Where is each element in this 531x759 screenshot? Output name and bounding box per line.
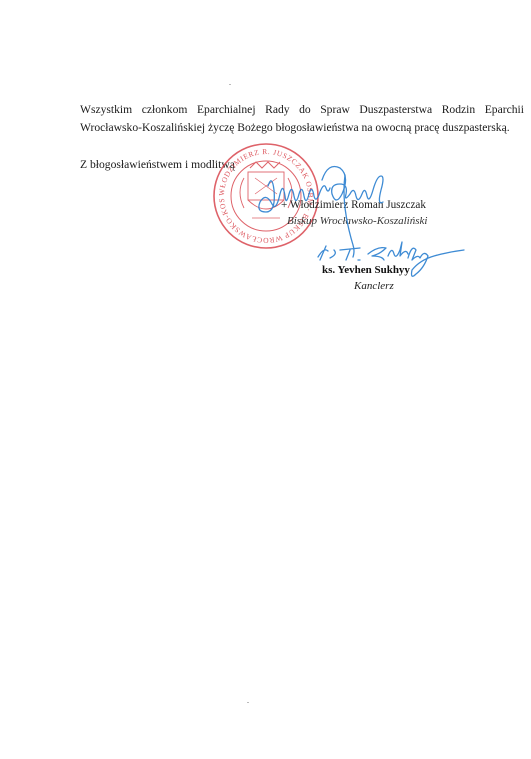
signatory-2-title: Kanclerz [354, 280, 394, 292]
document-page: Wszystkim członkom Eparchialnej Rady do … [0, 0, 531, 759]
signatory-1-name: + Włodzimierz Roman Juszczak [281, 199, 426, 211]
closing-greeting: Z błogosławieństwem i modlitwą [80, 158, 235, 171]
scan-artifact [247, 702, 249, 703]
body-line: Wszystkim członkom Eparchialnej Rady do … [80, 101, 524, 119]
scan-artifact [229, 84, 231, 85]
body-paragraph: Wszystkim członkom Eparchialnej Rady do … [80, 101, 524, 137]
signatory-2-name: ks. Yevhen Sukhyy [322, 264, 410, 276]
signatory-1-title: Biskup Wrocławsko-Koszaliński [287, 215, 427, 227]
body-line: Wrocławsko-Koszalińskiej życzę Bożego bł… [80, 119, 524, 137]
